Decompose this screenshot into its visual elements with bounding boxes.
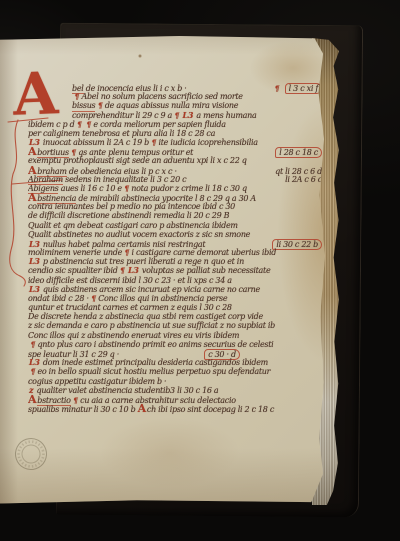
ink-text: Conc illos qui z abstinendo eneruat vire…	[28, 331, 239, 340]
ink-text: de aquas abissus nulla mira visione	[105, 101, 238, 110]
ink-text: ibidem c p d	[28, 120, 74, 129]
capitulum-mark-icon: ¶	[124, 184, 128, 193]
text-line: quntur et trucidant carnes et carmen z e…	[28, 303, 322, 312]
text-line: Abstractio¶cu aia a carne abstrahitur sc…	[28, 395, 322, 404]
text-line: spe leuatur li 31 c 29 q ·c 30 · d	[28, 349, 322, 358]
ink-text: spualibs minatur li 30 c 10 b	[28, 405, 138, 414]
text-line: Abortiuus¶qs ante plenu tempus oritur et…	[28, 147, 322, 156]
text-line: L3 quis abstinens arcem sic incuruat ep …	[28, 285, 322, 294]
rubricated-capital: A	[138, 404, 146, 413]
ink-text: quis abstinens arcem sic incuruat ep vic…	[41, 285, 260, 294]
text-line: ibidem c p d¶¶e corda meliorum per sapie…	[28, 120, 322, 129]
ink-text: cendio sic spualiter ibid	[28, 266, 118, 275]
rubric-text: L3	[128, 266, 139, 275]
text-line: cendio sic spualiter ibid¶L3 voluptas se…	[28, 266, 322, 275]
text-line: Qualit et qm debeat castigari caro p abs…	[28, 221, 322, 230]
rubric-text: L3	[29, 285, 40, 294]
text-line: L3 inuocat abissum li 2A c 19 b¶ite iudi…	[28, 138, 322, 147]
ink-text: Qualit abstinetes no audiut vocem exacto…	[28, 230, 250, 239]
ink-text: li 2A c 6 c	[285, 175, 322, 184]
ink-text: cogius appetitu castigatur ibidem b ·	[28, 377, 166, 386]
ink-text: per caliginem tenebrosa et plura alia li…	[28, 129, 215, 138]
text-line: L3 p abstinencia sut tres pueri liberati…	[28, 257, 322, 266]
ink-text: inuocat abissum li 2A c 19 b	[41, 138, 149, 147]
ink-text: a mens humana	[194, 111, 256, 120]
ink-text: cu aia a carne abstrahitur sciu delectac…	[80, 396, 236, 405]
text-line: de difficili discretione abstinendi reme…	[28, 211, 322, 220]
rubric-text: L3	[29, 257, 40, 266]
text-line: Abigens aues li 16 c 10 e¶nota pudor z c…	[28, 184, 322, 193]
text-line: z qualiter valet abstinencia studentib3 …	[28, 386, 322, 395]
ink-text: ondat ibid c 28 ·	[28, 294, 89, 303]
capitulum-mark-icon: ¶	[91, 294, 95, 303]
text-line: ¶Abel no solum placens sacrificio sed mo…	[72, 92, 322, 101]
capitulum-mark-icon: ¶	[152, 138, 156, 147]
ink-text: voluptas se palliat sub necessitate	[140, 266, 271, 275]
text-line: ondat ibid c 28 ·¶Conc illos qui in abst…	[28, 294, 322, 303]
library-stamp-icon	[6, 429, 56, 479]
ink-text: ch ibi ipso sint docepag li 2 c 18 c	[147, 405, 274, 414]
ink-text: exemptu prothoplausti sigt sede an aduen…	[28, 156, 247, 165]
ink-text: aues li 16 c 10 e	[58, 184, 121, 193]
capitulum-mark-icon: ¶	[75, 92, 79, 101]
boxed-reference: li 30 c 22 b	[272, 239, 322, 250]
text-line: per caliginem tenebrosa et plura alia li…	[28, 129, 322, 138]
ink-text: Conc illos qui in abstinencia perse	[98, 294, 227, 303]
capitulum-mark-icon: ¶	[175, 111, 179, 120]
rubricated-capital: A	[28, 395, 36, 404]
ink-text: ideo difficile est discerni ibid l 30 c …	[28, 276, 232, 285]
rubricated-capital: A	[28, 147, 36, 156]
text-line: Conc illos qui z abstinendo eneruat vire…	[28, 331, 322, 340]
text-line: z sic demanda e caro p abstinencia ut su…	[28, 321, 322, 330]
text-line: bissus¶de aquas abissus nulla mira visio…	[72, 101, 322, 110]
manuscript-page: A bel de inocencia eius li i c x b ·¶l 3…	[0, 36, 326, 504]
ink-text: quntur et trucidant carnes et carmen z e…	[28, 303, 232, 312]
text-line: ¶qnto plus caro i abstinendo primit eo a…	[28, 340, 322, 349]
capitulum-mark-icon: ¶	[77, 120, 81, 129]
text-line: ideo difficile est discerni ibid l 30 c …	[28, 276, 322, 285]
ink-text: i castigare carne demorat uberius ibid	[132, 248, 277, 257]
text-line: Abraham de obediencia eius li p c x c ·q…	[28, 166, 322, 175]
capitulum-mark-icon: ¶	[98, 101, 102, 110]
capitulum-mark-icon: ¶	[120, 266, 124, 275]
ink-text: Abel no solum placens sacrificio sed mor…	[81, 92, 242, 101]
text-line: De discrete henda z abstinecia qua stbi …	[28, 312, 322, 321]
text-line: Abstinencia de mirabili abstinecia ypocr…	[28, 193, 322, 202]
ink-text: comprehenditur li 29 c 9 a	[72, 111, 172, 120]
ink-text: De discrete henda z abstinecia qua stbi …	[28, 312, 263, 321]
text-line: ¶eo in bello spuali sicut hostiu melius …	[28, 367, 322, 376]
rubric-text: L3	[183, 111, 194, 120]
ink-text: sedens in inequalitate li 3 c 20 c	[63, 175, 186, 184]
text-line: L3 dom inede estimet principaliu desider…	[28, 358, 322, 367]
ink-text: ite iudicia icoprehensibilia	[159, 138, 258, 147]
rubricated-capital: A	[28, 193, 36, 202]
capitulum-mark-icon: ¶	[275, 84, 279, 93]
capitulum-mark-icon: ¶	[31, 340, 35, 349]
capitulum-mark-icon: ¶	[73, 396, 77, 405]
capitulum-mark-icon: ¶	[86, 120, 90, 129]
text-line: cogius appetitu castigatur ibidem b ·	[28, 377, 322, 386]
boxed-reference: l 3 c xi f	[285, 83, 322, 94]
ink-text: nota pudor z crime li 18 c 30 q	[131, 184, 247, 193]
boxed-reference: l 28 c 18 c	[275, 147, 322, 158]
ink-text: Qualit et qm debeat castigari caro p abs…	[28, 221, 238, 230]
rubric-text: L3	[29, 358, 40, 367]
ink-text: dom inede estimet principaliu desideria …	[41, 358, 268, 367]
text-line: L3 nullus habet palma certamis nisi rest…	[28, 239, 322, 248]
ink-text: contra ieiunantes bel p medio no pia int…	[28, 202, 235, 211]
ink-text: qualiter valet abstinencia studentib3 li…	[34, 386, 218, 395]
capitulum-mark-icon: ¶	[125, 248, 129, 257]
text-line: bel de inocencia eius li i c x b ·¶l 3 c…	[72, 83, 322, 92]
ink-text: moliminem venerie unde	[28, 248, 122, 257]
ink-text: eo in bello spuali sicut hostiu melius p…	[37, 367, 270, 376]
text-line: contra ieiunantes bel p medio no pia int…	[28, 202, 322, 211]
manuscript-photo: A bel de inocencia eius li i c x b ·¶l 3…	[0, 0, 400, 541]
rubricated-capital: A	[28, 166, 36, 175]
text-line: Abraham sedens in inequalitate li 3 c 20…	[28, 175, 322, 184]
ink-text: p abstinencia sut tres pueri liberati a …	[41, 257, 244, 266]
ink-text: z sic demanda e caro p abstinencia ut su…	[28, 321, 275, 330]
text-line: comprehenditur li 29 c 9 a¶L3 a mens hum…	[72, 111, 322, 120]
capitulum-mark-icon: ¶	[31, 367, 35, 376]
text-line: Qualit abstinetes no audiut vocem exacto…	[28, 230, 322, 239]
ink-text: de difficili discretione abstinendi reme…	[28, 211, 229, 220]
ink-text: qnto plus caro i abstinendo primit eo an…	[37, 340, 273, 349]
text-block: bel de inocencia eius li i c x b ·¶l 3 c…	[28, 83, 322, 417]
text-line: spualibs minatur li 30 c 10 b Ach ibi ip…	[28, 404, 322, 413]
ink-text: e corda meliorum per sapien fluida	[93, 120, 225, 129]
